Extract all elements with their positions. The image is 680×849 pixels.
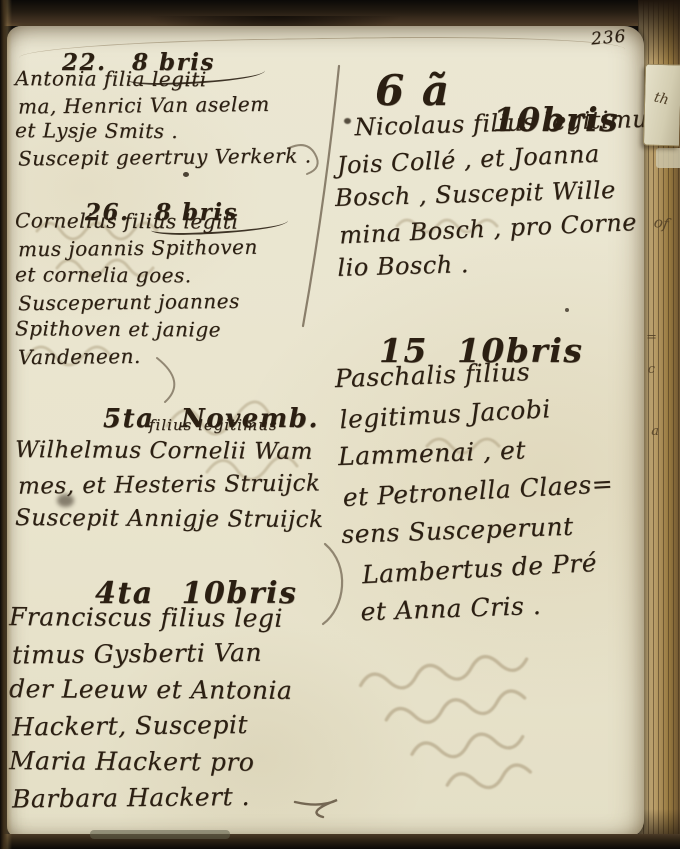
edge-fragment: a: [651, 424, 659, 439]
entry-text: Wilhelmus Cornelii Wammes, et Hesteris S…: [15, 434, 323, 536]
handwritten-line: et cornelia goes.: [15, 261, 255, 289]
handwritten-line: Wilhelmus Cornelii Wam: [15, 433, 324, 469]
handwritten-line: mes, et Hesteris Struijck: [18, 466, 327, 503]
entry-text: Franciscus filius legitimus Gysberti Van…: [9, 600, 292, 816]
interlinear-insertion: filius legitimus: [149, 416, 278, 434]
handwritten-line: Hackert, Suscepit: [12, 706, 296, 745]
index-tab: th: [643, 64, 680, 147]
handwritten-line: mus joannis Spithoven: [18, 234, 258, 264]
handwritten-line: der Leeuw et Antonia: [9, 671, 293, 709]
edge-fragment: c: [648, 362, 655, 377]
entry-text: Nicolaus filius legitimusJois Collé , et…: [332, 101, 666, 287]
register-page: 236 22. 8 bris Antonia filia legitima, H…: [7, 26, 644, 838]
handwritten-line: et Anna Cris .: [360, 583, 616, 631]
index-tab-remnant: [656, 148, 680, 168]
handwritten-line: et Lysje Smits .: [15, 117, 309, 145]
handwritten-line: Susceperunt joannes: [18, 288, 258, 318]
handwritten-line: Antonia filia legiti: [15, 65, 309, 93]
index-tab-label: th: [652, 89, 670, 108]
ink-blot: [565, 308, 569, 312]
handwritten-line: Maria Hackert pro: [9, 743, 293, 781]
handwritten-line: Suscepit geertruy Verkerk .: [18, 142, 312, 171]
handwritten-line: ma, Henrici Van aselem: [18, 90, 312, 119]
entry-text: Cornelius filius legitimus joannis Spith…: [15, 208, 255, 370]
edge-fragment: of: [653, 213, 670, 233]
handwritten-line: timus Gysberti Van: [12, 634, 296, 673]
ink-blot: [183, 172, 189, 177]
folio-number: 236: [590, 26, 627, 49]
edge-fragment: =: [646, 330, 657, 345]
entry-text: Paschalis filiuslegitimus JacobiLammenai…: [334, 349, 616, 633]
handwritten-line: Suscepit Annigje Struijck: [15, 501, 324, 537]
handwritten-line: Cornelius filius legiti: [15, 207, 255, 235]
handwritten-line: Spithoven et janige: [15, 315, 255, 343]
handwritten-line: Vandeneen.: [18, 342, 258, 372]
entry-day: 5ta: [103, 404, 154, 434]
handwritten-line: Barbara Hackert .: [12, 778, 296, 817]
register-book-scan: 236 22. 8 bris Antonia filia legitima, H…: [0, 0, 680, 849]
binding-edge-top: [0, 0, 680, 26]
entry-text: Antonia filia legitima, Henrici Van asel…: [15, 66, 309, 170]
handwritten-line: Franciscus filius legi: [9, 599, 293, 637]
binding-edge-bottom: [0, 834, 680, 849]
